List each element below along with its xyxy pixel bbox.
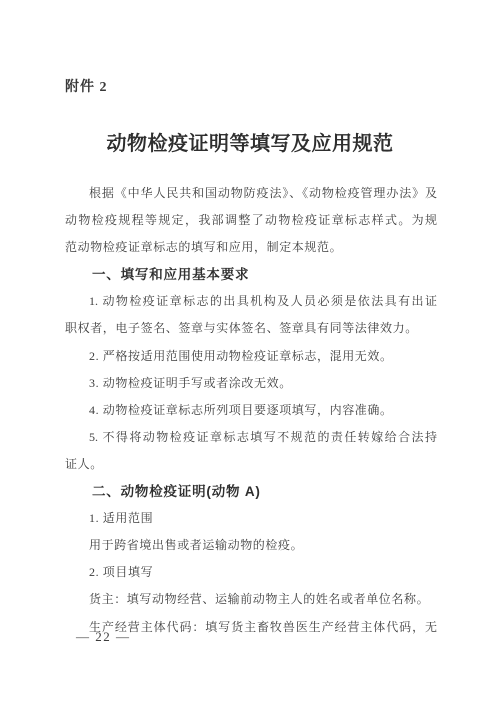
text-line: 职权者，电子签名、签章与实体签名、签章具有同等法律效力。	[65, 315, 437, 342]
document-page: 附件 2 动物检疫证明等填写及应用规范 根据《中华人民共和国动物防疫法》、《动物…	[0, 0, 500, 707]
document-title: 动物检疫证明等填写及应用规范	[0, 127, 500, 156]
section-heading: 一、填写和应用基本要求	[65, 261, 437, 288]
text-line: 1. 适用范围	[65, 505, 437, 532]
text-line: 用于跨省境出售或者运输动物的检疫。	[65, 532, 437, 559]
text-line: 3. 动物检疫证明手写或者涂改无效。	[65, 370, 437, 397]
text-line: 证人。	[65, 451, 437, 478]
document-body: 根据《中华人民共和国动物防疫法》、《动物检疫管理办法》及 动物检疫规程等规定，我…	[65, 180, 437, 641]
text-line: 5. 不得将动物检疫证章标志填写不规范的责任转嫁给合法持	[65, 424, 437, 451]
text-line: 根据《中华人民共和国动物防疫法》、《动物检疫管理办法》及	[65, 180, 437, 207]
text-line: 4. 动物检疫证章标志所列项目要逐项填写，内容准确。	[65, 397, 437, 424]
text-line: 1. 动物检疫证章标志的出具机构及人员必须是依法具有出证	[65, 288, 437, 315]
attachment-label: 附件 2	[65, 76, 108, 96]
section-heading: 二、动物检疫证明(动物 A)	[65, 478, 437, 505]
text-line: 范动物检疫证章标志的填写和应用，制定本规范。	[65, 234, 437, 261]
text-line: 动物检疫规程等规定，我部调整了动物检疫证章标志样式。为规	[65, 207, 437, 234]
text-line: 2. 严格按适用范围使用动物检疫证章标志，混用无效。	[65, 343, 437, 370]
text-line: 货主：填写动物经营、运输前动物主人的姓名或者单位名称。	[65, 586, 437, 613]
page-number: — 22 —	[76, 629, 131, 645]
text-line: 2. 项目填写	[65, 559, 437, 586]
